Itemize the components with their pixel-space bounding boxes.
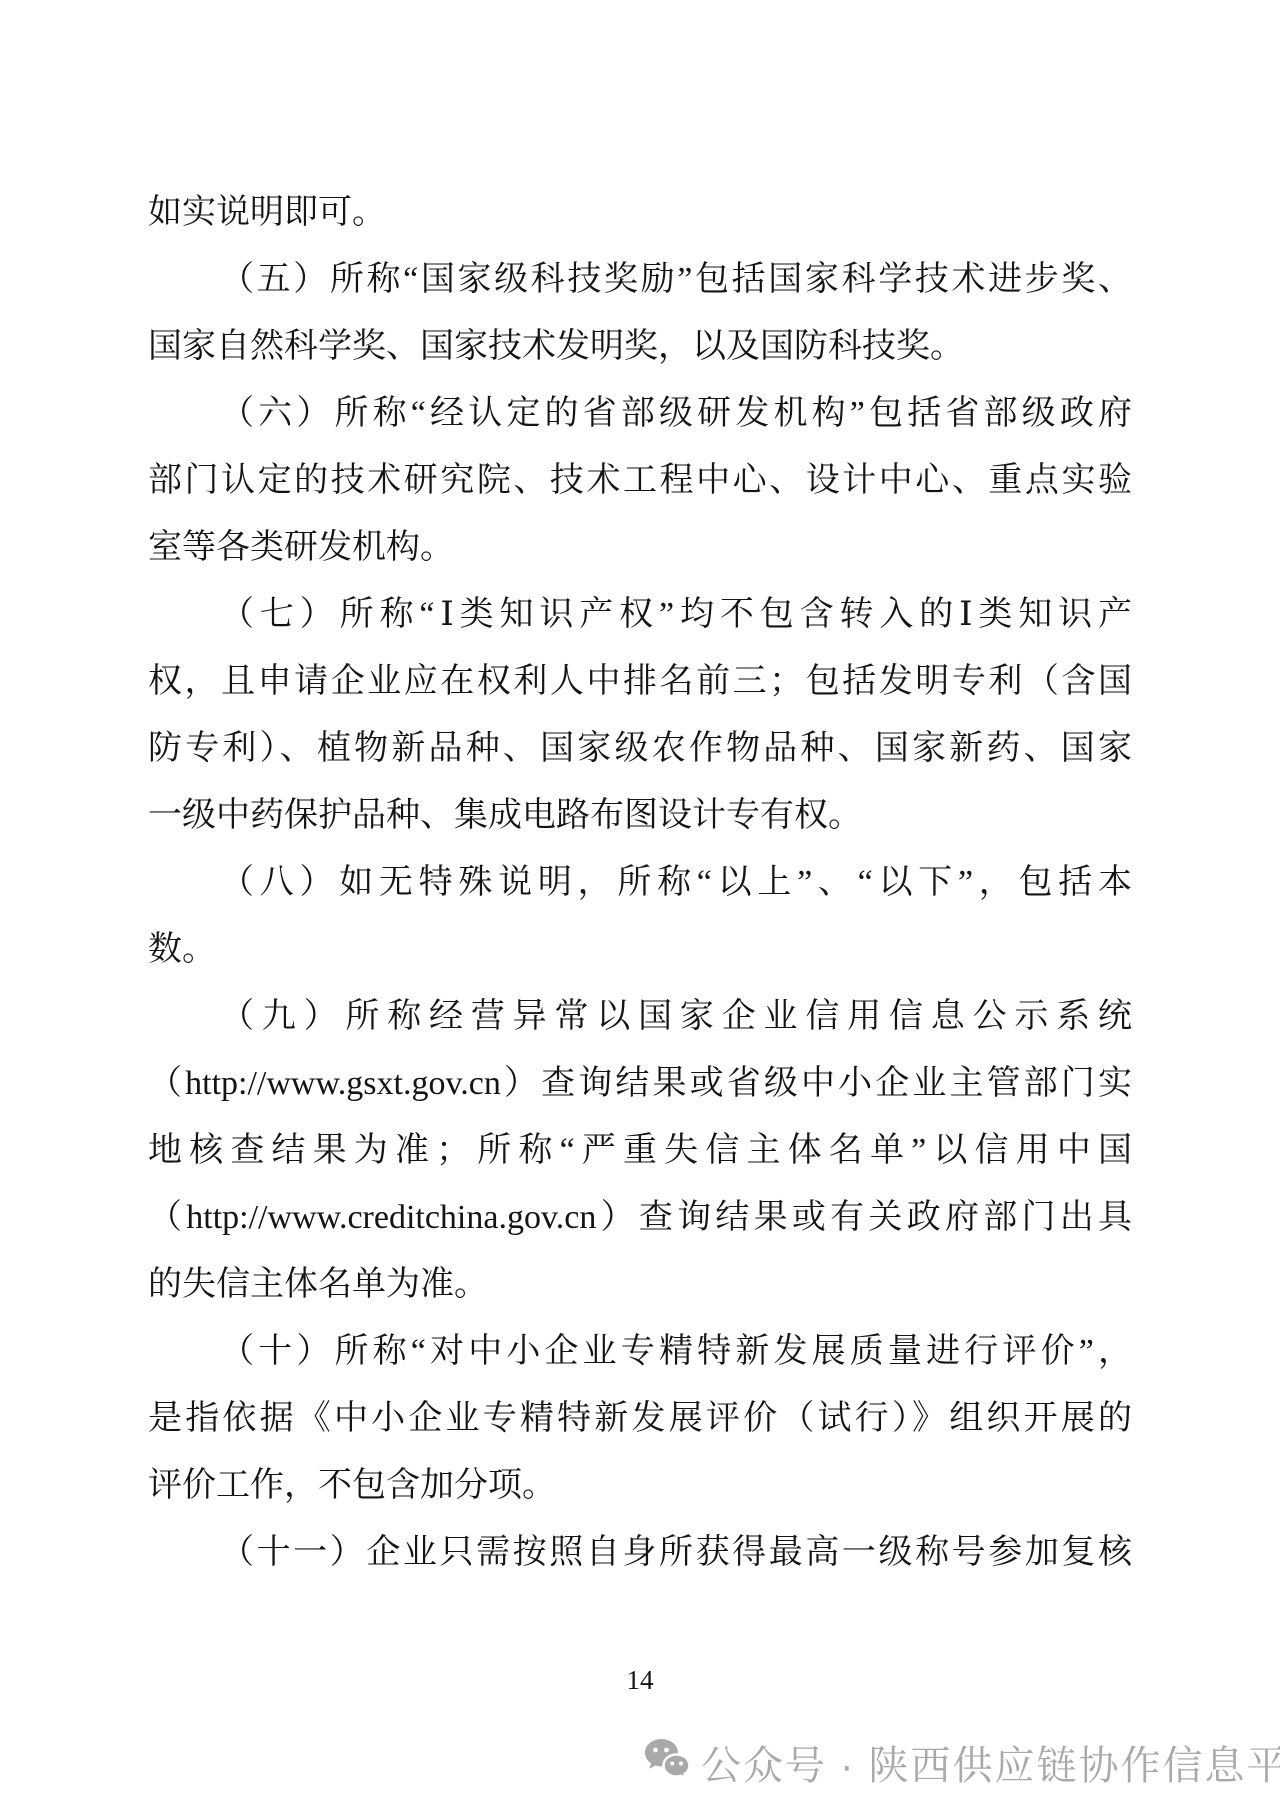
watermark-text: 公众号 · 陕西供应链协作信息平台 bbox=[701, 1734, 1280, 1791]
watermark: 公众号 · 陕西供应链协作信息平台 bbox=[643, 1734, 1280, 1791]
text-line: 一级中药保护品种、集成电路布图设计专有权。 bbox=[148, 782, 1132, 849]
page-number: 14 bbox=[0, 1665, 1280, 1696]
text-line: 防专利）、植物新品种、国家级农作物品种、国家新药、国家 bbox=[148, 715, 1132, 782]
text-line: （http://www.creditchina.gov.cn）查询结果或有关政府… bbox=[148, 1184, 1132, 1251]
text-line: 是指依据《中小企业专精特新发展评价（试行）》组织开展的 bbox=[148, 1385, 1132, 1452]
text-line: 数。 bbox=[148, 916, 1132, 983]
text-line: 权，且申请企业应在权利人中排名前三；包括发明专利（含国 bbox=[148, 648, 1132, 715]
text-line: （九）所称经营异常以国家企业信用信息公示系统 bbox=[148, 983, 1132, 1050]
document-body: 如实说明即可。（五）所称“国家级科技奖励”包括国家科学技术进步奖、国家自然科学奖… bbox=[148, 179, 1132, 1586]
text-line: 国家自然科学奖、国家技术发明奖，以及国防科技奖。 bbox=[148, 313, 1132, 380]
text-line: 室等各类研发机构。 bbox=[148, 514, 1132, 581]
document-page: 如实说明即可。（五）所称“国家级科技奖励”包括国家科学技术进步奖、国家自然科学奖… bbox=[0, 0, 1280, 1810]
text-line: 评价工作，不包含加分项。 bbox=[148, 1452, 1132, 1519]
text-line: （五）所称“国家级科技奖励”包括国家科学技术进步奖、 bbox=[148, 246, 1132, 313]
text-line: 的失信主体名单为准。 bbox=[148, 1251, 1132, 1318]
text-line: （十）所称“对中小企业专精特新发展质量进行评价”， bbox=[148, 1318, 1132, 1385]
wechat-icon bbox=[643, 1737, 691, 1788]
text-line: 如实说明即可。 bbox=[148, 179, 1132, 246]
text-line: （八）如无特殊说明，所称“以上”、“以下”，包括本 bbox=[148, 849, 1132, 916]
text-line: （七）所称“Ⅰ类知识产权”均不包含转入的Ⅰ类知识产 bbox=[148, 581, 1132, 648]
text-line: 地核查结果为准；所称“严重失信主体名单”以信用中国 bbox=[148, 1117, 1132, 1184]
text-line: （六）所称“经认定的省部级研发机构”包括省部级政府 bbox=[148, 380, 1132, 447]
text-line: 部门认定的技术研究院、技术工程中心、设计中心、重点实验 bbox=[148, 447, 1132, 514]
text-line: （http://www.gsxt.gov.cn）查询结果或省级中小企业主管部门实 bbox=[148, 1050, 1132, 1117]
text-line: （十一）企业只需按照自身所获得最高一级称号参加复核 bbox=[148, 1519, 1132, 1586]
